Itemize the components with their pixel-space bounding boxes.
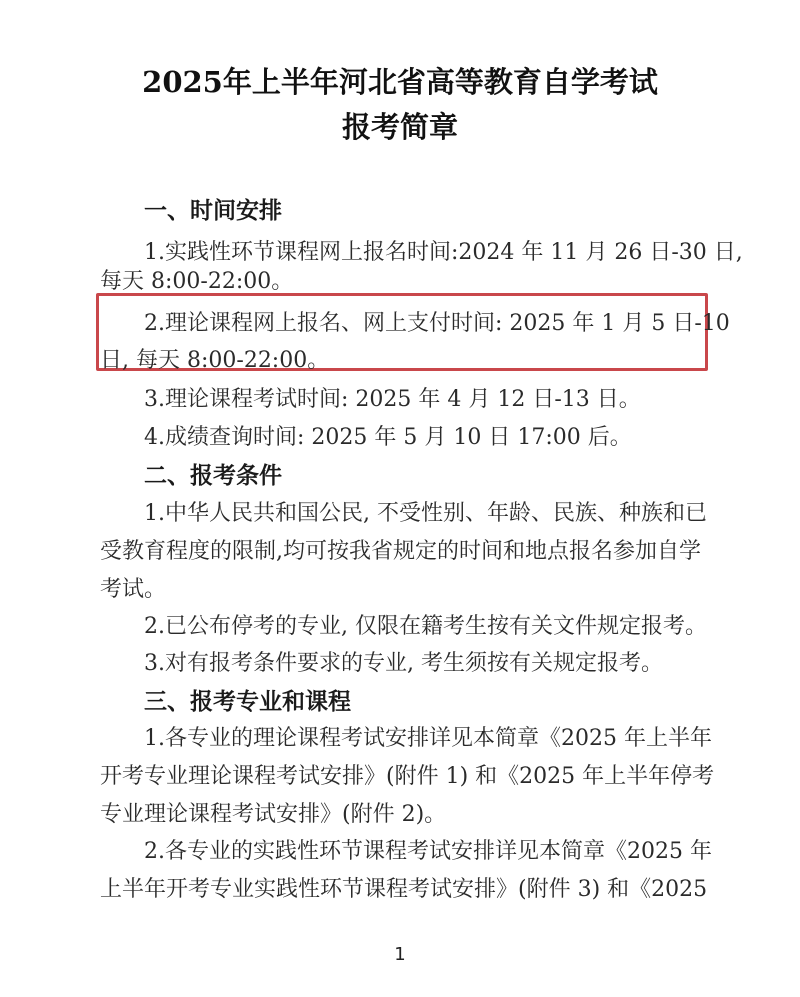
paragraph-line-highlighted: 日, 每天 8:00-22:00。 bbox=[100, 343, 329, 374]
section-heading-conditions: 二、报考条件 bbox=[144, 457, 282, 490]
paragraph-line-highlighted: 2.理论课程网上报名、网上支付时间: 2025 年 1 月 5 日-10 bbox=[144, 306, 730, 337]
paragraph-line: 1.中华人民共和国公民, 不受性别、年龄、民族、种族和已 bbox=[144, 496, 707, 527]
paragraph-line: 受教育程度的限制,均可按我省规定的时间和地点报名参加自学 bbox=[100, 534, 701, 565]
paragraph-line: 上半年开考专业实践性环节课程考试安排》(附件 3) 和《2025 bbox=[100, 872, 707, 903]
paragraph-line: 考试。 bbox=[100, 572, 166, 603]
document-title-line1: 2025年上半年河北省高等教育自学考试 bbox=[0, 60, 800, 101]
document-title-line2: 报考简章 bbox=[0, 105, 800, 146]
paragraph-line: 1.实践性环节课程网上报名时间:2024 年 11 月 26 日-30 日, bbox=[144, 235, 743, 266]
section-heading-majors: 三、报考专业和课程 bbox=[144, 683, 351, 716]
paragraph-line: 每天 8:00-22:00。 bbox=[100, 264, 293, 295]
paragraph-line: 3.理论课程考试时间: 2025 年 4 月 12 日-13 日。 bbox=[144, 382, 641, 413]
paragraph-line: 4.成绩查询时间: 2025 年 5 月 10 日 17:00 后。 bbox=[144, 420, 632, 451]
paragraph-line: 1.各专业的理论课程考试安排详见本简章《2025 年上半年 bbox=[144, 721, 712, 752]
paragraph-line: 3.对有报考条件要求的专业, 考生须按有关规定报考。 bbox=[144, 646, 663, 677]
page-number: 1 bbox=[0, 944, 800, 965]
paragraph-line: 开考专业理论课程考试安排》(附件 1) 和《2025 年上半年停考 bbox=[100, 759, 714, 790]
paragraph-line: 专业理论课程考试安排》(附件 2)。 bbox=[100, 797, 446, 828]
section-heading-schedule: 一、时间安排 bbox=[144, 192, 282, 225]
paragraph-line: 2.各专业的实践性环节课程考试安排详见本简章《2025 年 bbox=[144, 834, 712, 865]
paragraph-line: 2.已公布停考的专业, 仅限在籍考生按有关文件规定报考。 bbox=[144, 609, 707, 640]
